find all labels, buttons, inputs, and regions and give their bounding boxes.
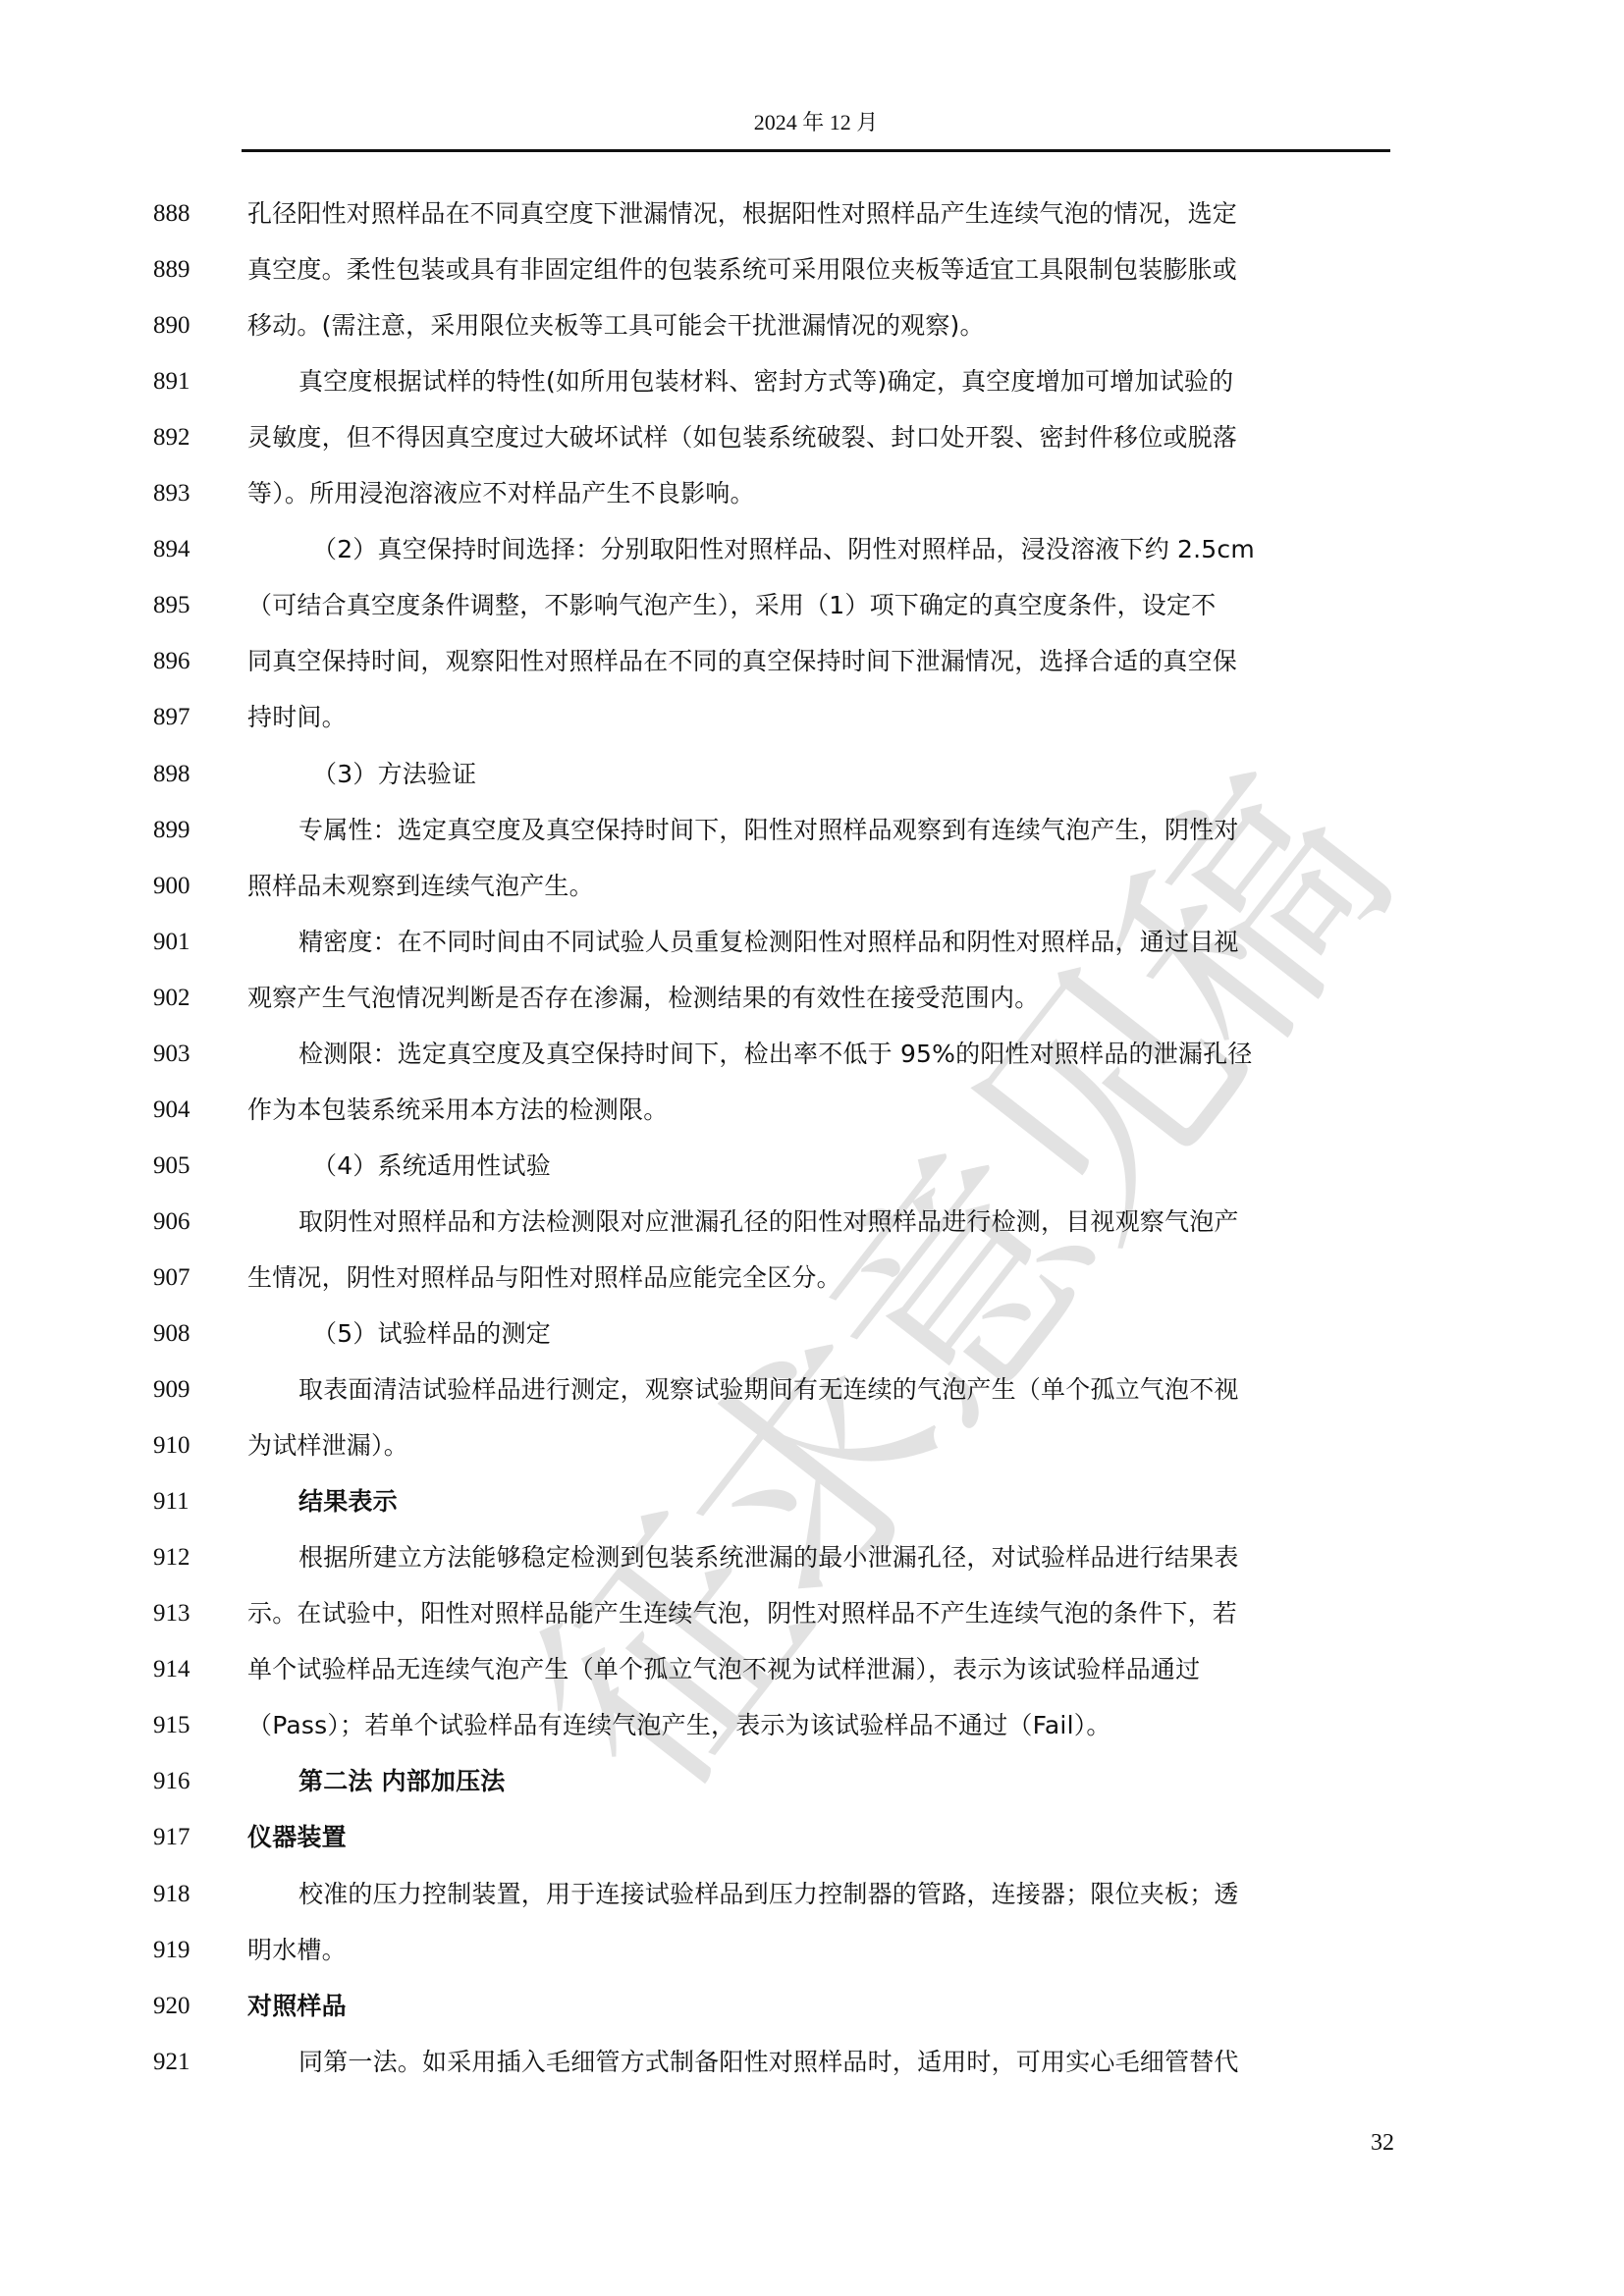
line-number: 904 xyxy=(153,1091,212,1130)
text-line: 900照样品未观察到连续气泡产生。 xyxy=(0,867,1624,906)
line-number: 913 xyxy=(153,1594,212,1633)
line-text: 单个试验样品无连续气泡产生（单个孤立气泡不视为试样泄漏），表示为该试验样品通过 xyxy=(247,1650,1392,1689)
line-text: 孔径阳性对照样品在不同真空度下泄漏情况，根据阳性对照样品产生连续气泡的情况，选定 xyxy=(247,194,1392,234)
text-line: 909取表面清洁试验样品进行测定，观察试验期间有无连续的气泡产生（单个孤立气泡不… xyxy=(0,1370,1624,1410)
line-number: 906 xyxy=(153,1202,212,1242)
line-text: 生情况，阴性对照样品与阳性对照样品应能完全区分。 xyxy=(247,1258,1392,1298)
line-number: 917 xyxy=(153,1818,212,1857)
line-text: 为试样泄漏）。 xyxy=(247,1426,1392,1466)
line-number: 890 xyxy=(153,306,212,346)
text-line: 895（可结合真空度条件调整，不影响气泡产生），采用（1）项下确定的真空度条件，… xyxy=(0,586,1624,625)
line-text: （可结合真空度条件调整，不影响气泡产生），采用（1）项下确定的真空度条件，设定不 xyxy=(247,586,1392,625)
text-line: 917仪器装置 xyxy=(0,1818,1624,1857)
line-number: 912 xyxy=(153,1538,212,1577)
section-heading: 对照样品 xyxy=(247,1987,1392,2026)
text-line: 896同真空保持时间，观察阳性对照样品在不同的真空保持时间下泄漏情况，选择合适的… xyxy=(0,642,1624,681)
line-number: 908 xyxy=(153,1314,212,1354)
line-text: 移动。(需注意，采用限位夹板等工具可能会干扰泄漏情况的观察)。 xyxy=(247,306,1392,346)
section-heading: 仪器装置 xyxy=(247,1818,1392,1857)
line-number: 888 xyxy=(153,194,212,234)
text-line: 906取阴性对照样品和方法检测限对应泄漏孔径的阳性对照样品进行检测，目视观察气泡… xyxy=(0,1202,1624,1242)
text-line: 916第二法 内部加压法 xyxy=(0,1762,1624,1801)
line-number: 910 xyxy=(153,1426,212,1466)
text-line: 899专属性：选定真空度及真空保持时间下，阳性对照样品观察到有连续气泡产生，阴性… xyxy=(0,811,1624,850)
line-text: 取阴性对照样品和方法检测限对应泄漏孔径的阳性对照样品进行检测，目视观察气泡产 xyxy=(298,1202,1392,1242)
line-text: 等）。所用浸泡溶液应不对样品产生不良影响。 xyxy=(247,474,1392,513)
line-number: 903 xyxy=(153,1035,212,1074)
text-line: 919明水槽。 xyxy=(0,1931,1624,1970)
line-number: 911 xyxy=(153,1482,212,1522)
header-rule xyxy=(242,149,1390,152)
line-text: 持时间。 xyxy=(247,698,1392,737)
line-number: 894 xyxy=(153,530,212,569)
line-number: 918 xyxy=(153,1875,212,1914)
line-number: 901 xyxy=(153,923,212,962)
text-line: 907生情况，阴性对照样品与阳性对照样品应能完全区分。 xyxy=(0,1258,1624,1298)
text-line: 888孔径阳性对照样品在不同真空度下泄漏情况，根据阳性对照样品产生连续气泡的情况… xyxy=(0,194,1624,234)
line-number: 893 xyxy=(153,474,212,513)
text-line: 898（3）方法验证 xyxy=(0,755,1624,794)
line-text: （4）系统适用性试验 xyxy=(312,1147,1406,1186)
text-line: 904作为本包装系统采用本方法的检测限。 xyxy=(0,1091,1624,1130)
text-line: 914单个试验样品无连续气泡产生（单个孤立气泡不视为试样泄漏），表示为该试验样品… xyxy=(0,1650,1624,1689)
line-text: 明水槽。 xyxy=(247,1931,1392,1970)
text-line: 920对照样品 xyxy=(0,1987,1624,2026)
line-text: 真空度。柔性包装或具有非固定组件的包装系统可采用限位夹板等适宜工具限制包装膨胀或 xyxy=(247,250,1392,290)
text-line: 918校准的压力控制装置，用于连接试验样品到压力控制器的管路，连接器；限位夹板；… xyxy=(0,1875,1624,1914)
line-number: 892 xyxy=(153,418,212,457)
text-line: 903检测限：选定真空度及真空保持时间下，检出率不低于 95%的阳性对照样品的泄… xyxy=(0,1035,1624,1074)
line-text: （2）真空保持时间选择：分别取阳性对照样品、阴性对照样品，浸没溶液下约 2.5c… xyxy=(312,530,1406,569)
line-text: 专属性：选定真空度及真空保持时间下，阳性对照样品观察到有连续气泡产生，阴性对 xyxy=(298,811,1392,850)
line-text: （Pass）；若单个试验样品有连续气泡产生，表示为该试验样品不通过（Fail）。 xyxy=(247,1706,1392,1745)
line-text: 照样品未观察到连续气泡产生。 xyxy=(247,867,1392,906)
line-number: 891 xyxy=(153,362,212,401)
text-line: 910为试样泄漏）。 xyxy=(0,1426,1624,1466)
text-line: 921同第一法。如采用插入毛细管方式制备阳性对照样品时，适用时，可用实心毛细管替… xyxy=(0,2043,1624,2082)
line-number: 905 xyxy=(153,1147,212,1186)
line-text: （5）试验样品的测定 xyxy=(312,1314,1406,1354)
line-text: 根据所建立方法能够稳定检测到包装系统泄漏的最小泄漏孔径，对试验样品进行结果表 xyxy=(298,1538,1392,1577)
line-text: 示。在试验中，阳性对照样品能产生连续气泡，阴性对照样品不产生连续气泡的条件下，若 xyxy=(247,1594,1392,1633)
line-number: 921 xyxy=(153,2043,212,2082)
line-text: 真空度根据试样的特性(如所用包装材料、密封方式等)确定，真空度增加可增加试验的 xyxy=(298,362,1392,401)
line-number: 902 xyxy=(153,979,212,1018)
line-number: 889 xyxy=(153,250,212,290)
line-number: 919 xyxy=(153,1931,212,1970)
line-number: 920 xyxy=(153,1987,212,2026)
page-number: 32 xyxy=(1355,2130,1394,2157)
line-text: 取表面清洁试验样品进行测定，观察试验期间有无连续的气泡产生（单个孤立气泡不视 xyxy=(298,1370,1392,1410)
line-text: 观察产生气泡情况判断是否存在渗漏，检测结果的有效性在接受范围内。 xyxy=(247,979,1392,1018)
line-text: 作为本包装系统采用本方法的检测限。 xyxy=(247,1091,1392,1130)
line-number: 916 xyxy=(153,1762,212,1801)
text-line: 915（Pass）；若单个试验样品有连续气泡产生，表示为该试验样品不通过（Fai… xyxy=(0,1706,1624,1745)
line-number: 897 xyxy=(153,698,212,737)
text-line: 905（4）系统适用性试验 xyxy=(0,1147,1624,1186)
line-text: 灵敏度，但不得因真空度过大破坏试样（如包装系统破裂、封口处开裂、密封件移位或脱落 xyxy=(247,418,1392,457)
line-number: 900 xyxy=(153,867,212,906)
text-line: 892灵敏度，但不得因真空度过大破坏试样（如包装系统破裂、封口处开裂、密封件移位… xyxy=(0,418,1624,457)
line-text: （3）方法验证 xyxy=(312,755,1406,794)
line-text: 同真空保持时间，观察阳性对照样品在不同的真空保持时间下泄漏情况，选择合适的真空保 xyxy=(247,642,1392,681)
line-number: 914 xyxy=(153,1650,212,1689)
text-line: 911结果表示 xyxy=(0,1482,1624,1522)
page-header-date: 2024 年 12 月 xyxy=(242,106,1390,136)
text-line: 891真空度根据试样的特性(如所用包装材料、密封方式等)确定，真空度增加可增加试… xyxy=(0,362,1624,401)
line-number: 915 xyxy=(153,1706,212,1745)
line-number: 898 xyxy=(153,755,212,794)
text-line: 902观察产生气泡情况判断是否存在渗漏，检测结果的有效性在接受范围内。 xyxy=(0,979,1624,1018)
text-line: 889真空度。柔性包装或具有非固定组件的包装系统可采用限位夹板等适宜工具限制包装… xyxy=(0,250,1624,290)
line-number: 895 xyxy=(153,586,212,625)
text-line: 897持时间。 xyxy=(0,698,1624,737)
text-line: 890移动。(需注意，采用限位夹板等工具可能会干扰泄漏情况的观察)。 xyxy=(0,306,1624,346)
text-line: 901精密度：在不同时间由不同试验人员重复检测阳性对照样品和阴性对照样品，通过目… xyxy=(0,923,1624,962)
text-line: 893等）。所用浸泡溶液应不对样品产生不良影响。 xyxy=(0,474,1624,513)
line-number: 909 xyxy=(153,1370,212,1410)
text-line: 908（5）试验样品的测定 xyxy=(0,1314,1624,1354)
line-number: 907 xyxy=(153,1258,212,1298)
text-line: 913示。在试验中，阳性对照样品能产生连续气泡，阴性对照样品不产生连续气泡的条件… xyxy=(0,1594,1624,1633)
text-line: 912根据所建立方法能够稳定检测到包装系统泄漏的最小泄漏孔径，对试验样品进行结果… xyxy=(0,1538,1624,1577)
text-line: 894（2）真空保持时间选择：分别取阳性对照样品、阴性对照样品，浸没溶液下约 2… xyxy=(0,530,1624,569)
line-text: 校准的压力控制装置，用于连接试验样品到压力控制器的管路，连接器；限位夹板；透 xyxy=(298,1875,1392,1914)
section-heading: 结果表示 xyxy=(298,1482,1392,1522)
line-number: 896 xyxy=(153,642,212,681)
line-text: 同第一法。如采用插入毛细管方式制备阳性对照样品时，适用时，可用实心毛细管替代 xyxy=(298,2043,1392,2082)
line-number: 899 xyxy=(153,811,212,850)
line-text: 精密度：在不同时间由不同试验人员重复检测阳性对照样品和阴性对照样品，通过目视 xyxy=(298,923,1392,962)
section-heading: 第二法 内部加压法 xyxy=(298,1762,1392,1801)
line-text: 检测限：选定真空度及真空保持时间下，检出率不低于 95%的阳性对照样品的泄漏孔径 xyxy=(298,1035,1392,1074)
